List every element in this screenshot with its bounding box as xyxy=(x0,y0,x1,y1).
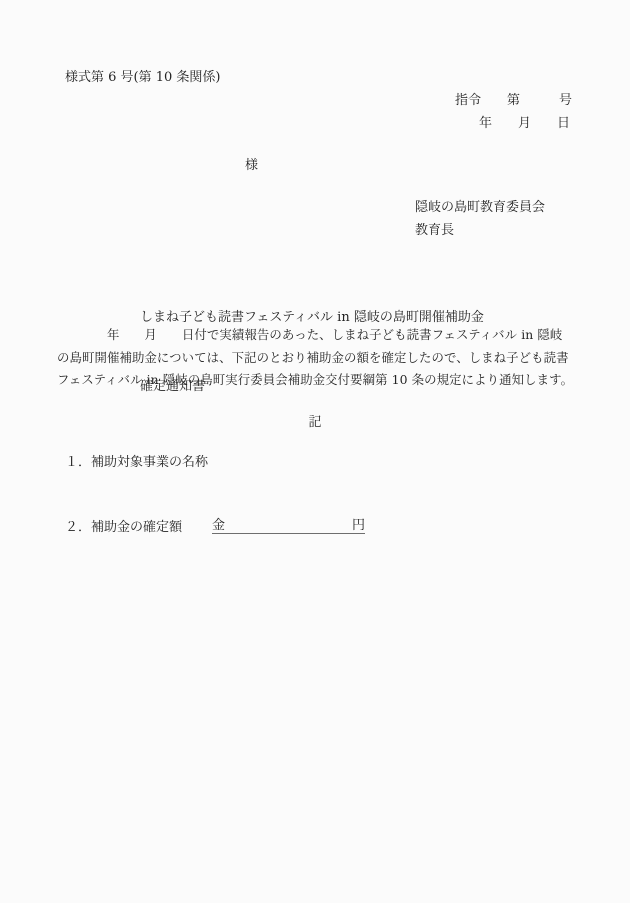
item-2-label: ２．補助金の確定額 xyxy=(65,516,182,535)
amount-prefix: 金 xyxy=(212,514,225,533)
document-page: 様式第 6 号(第 10 条関係) 指令 第 号 年 月 日 様 隠岐の島町教育… xyxy=(0,0,630,903)
directive-date-line: 年 月 日 xyxy=(479,112,570,131)
sender-organization: 隠岐の島町教育委員会 xyxy=(415,196,545,215)
body-paragraph-line1: 年 月 日付で実績報告のあった、しまね子ども読書フェスティバル in 隠岐 xyxy=(57,325,577,343)
item-1-label: １．補助対象事業の名称 xyxy=(65,451,208,470)
amount-underline-field: 金 円 xyxy=(212,515,365,534)
body-paragraph-line2: の島町開催補助金については、下記のとおり補助金の額を確定したので、しまね子ども読… xyxy=(57,348,577,366)
amount-suffix: 円 xyxy=(352,514,365,533)
sender-title: 教育長 xyxy=(415,219,454,238)
form-number: 様式第 6 号(第 10 条関係) xyxy=(65,66,221,85)
addressee-honorific: 様 xyxy=(245,154,258,173)
record-marker: 記 xyxy=(0,411,630,430)
body-paragraph-line3: フェスティバル in 隠岐の島町実行委員会補助金交付要綱第 10 条の規定により… xyxy=(57,370,577,388)
directive-number-line: 指令 第 号 xyxy=(455,89,572,108)
